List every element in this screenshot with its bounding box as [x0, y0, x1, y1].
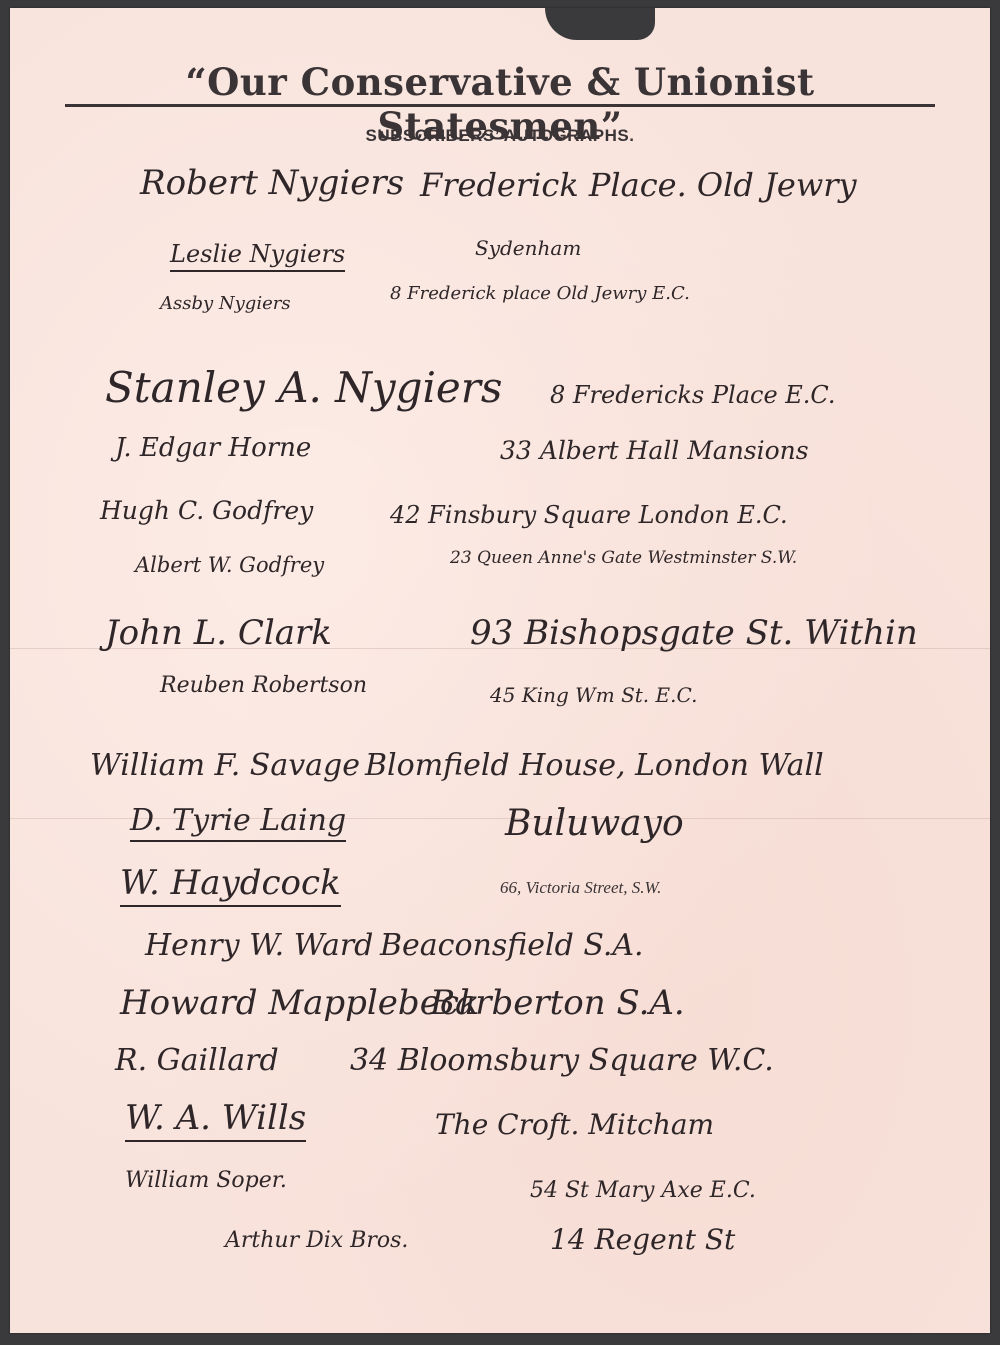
address: Buluwayo — [505, 803, 684, 844]
signature: Hugh C. Godfrey — [100, 496, 313, 525]
address: 14 Regent St — [550, 1223, 735, 1256]
address: 42 Finsbury Square London E.C. — [390, 501, 788, 529]
signature: Assby Nygiers — [160, 293, 291, 314]
address: 23 Queen Anne's Gate Westminster S.W. — [450, 548, 797, 568]
signature: William F. Savage — [90, 748, 360, 783]
address: Sydenham — [475, 236, 581, 260]
address: 93 Bishopsgate St. Within — [470, 613, 918, 653]
signature: D. Tyrie Laing — [130, 803, 346, 842]
signature: J. Edgar Horne — [115, 433, 311, 463]
address: 34 Bloomsbury Square W.C. — [350, 1043, 774, 1078]
signature: Reuben Robertson — [160, 673, 367, 698]
address: Beaconsfield S.A. — [380, 928, 644, 963]
address: 8 Frederick place Old Jewry E.C. — [390, 283, 690, 304]
signature: John L. Clark — [105, 613, 332, 653]
address: Barberton S.A. — [430, 983, 685, 1023]
signature: W. A. Wills — [125, 1098, 306, 1142]
page-subtitle: SUBSCRIBERS’ AUTOGRAPHS. — [60, 126, 940, 146]
signature: Stanley A. Nygiers — [105, 363, 502, 412]
signature: Robert Nygiers — [140, 163, 404, 203]
address: 66, Victoria Street, S.W. — [500, 878, 661, 898]
title-rule — [65, 104, 935, 107]
signature: Henry W. Ward — [145, 928, 373, 963]
address: The Croft. Mitcham — [435, 1108, 714, 1141]
signature: Leslie Nygiers — [170, 240, 345, 272]
torn-edge — [545, 8, 655, 40]
address: 33 Albert Hall Mansions — [500, 436, 809, 465]
signature: Howard Mapplebeck — [120, 983, 479, 1023]
address: Blomfield House, London Wall — [365, 748, 824, 783]
address: 45 King Wm St. E.C. — [490, 683, 697, 707]
signature: R. Gaillard — [115, 1043, 279, 1078]
signature: William Soper. — [125, 1168, 287, 1193]
address: Frederick Place. Old Jewry — [420, 166, 857, 204]
signature: W. Haydcock — [120, 863, 341, 907]
signature: Albert W. Godfrey — [135, 553, 324, 577]
address: 8 Fredericks Place E.C. — [550, 381, 836, 409]
document-page: “Our Conservative & Unionist Statesmen” … — [10, 8, 990, 1333]
signature: Arthur Dix Bros. — [225, 1228, 408, 1253]
address: 54 St Mary Axe E.C. — [530, 1178, 756, 1203]
